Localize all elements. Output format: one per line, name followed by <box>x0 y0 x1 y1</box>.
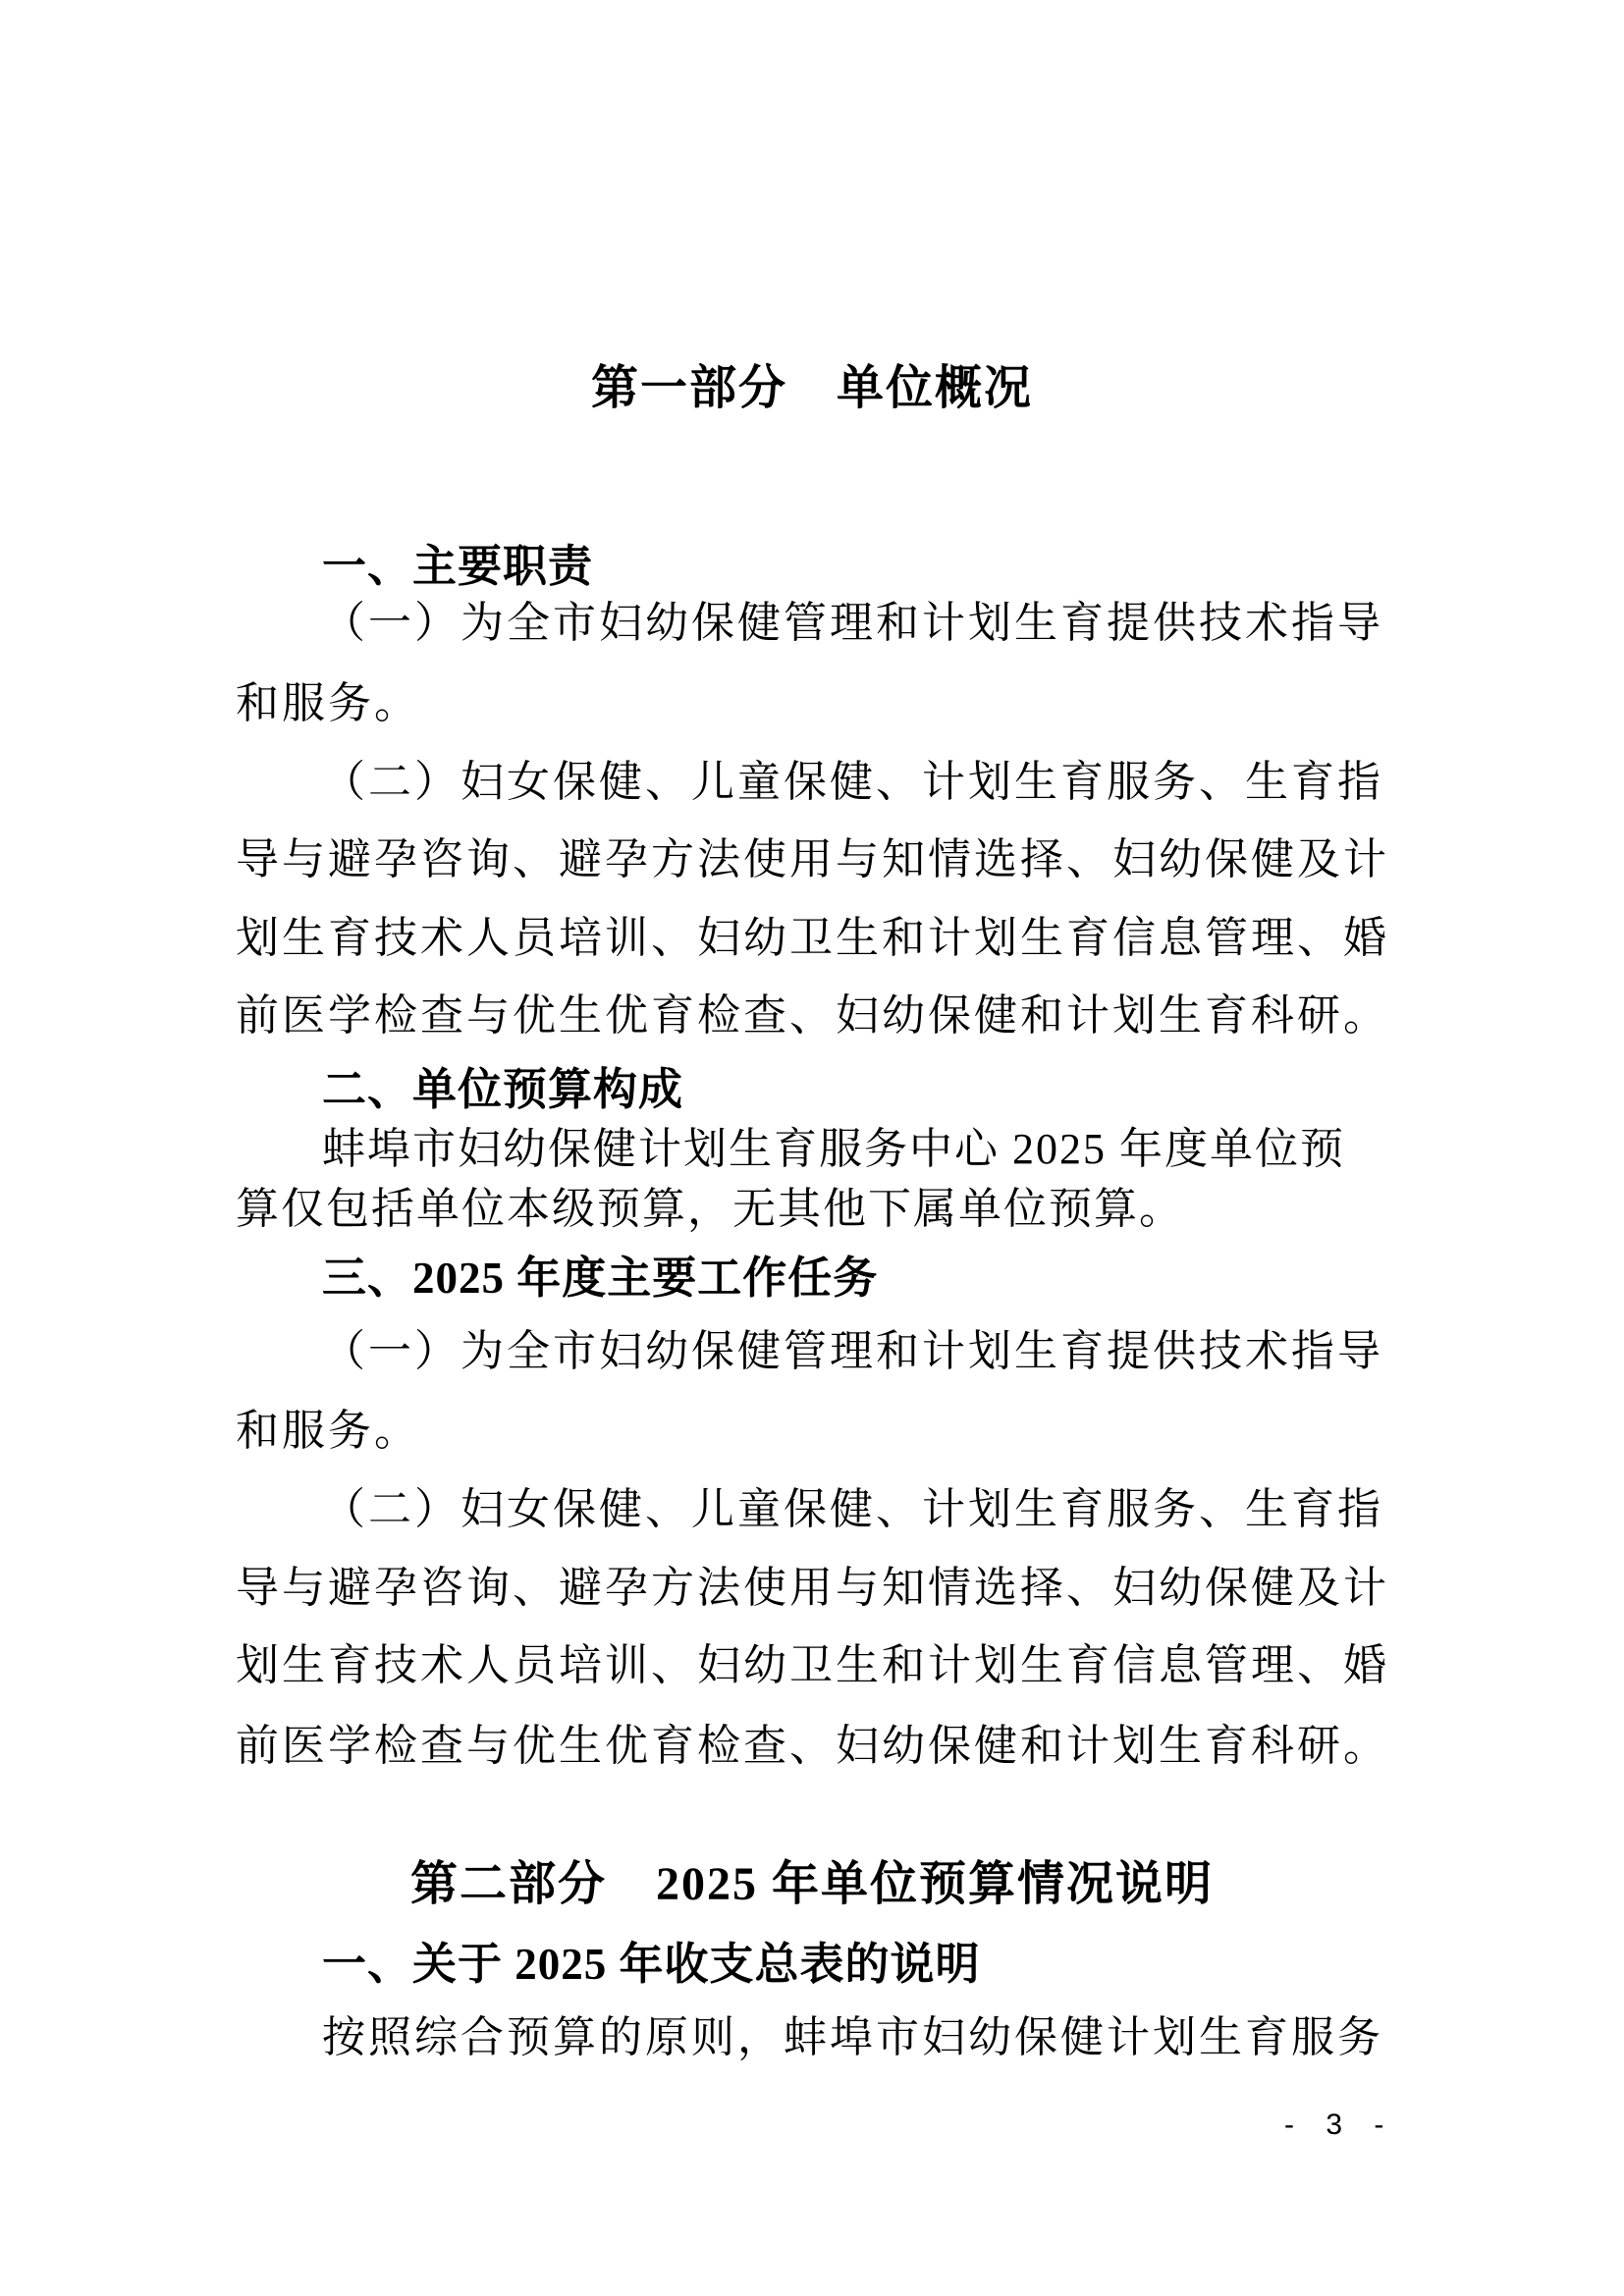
document-page: 第一部分 单位概况 一、主要职责 （一）为全市妇幼保健管理和计划生育提供技术指导… <box>0 0 1624 2296</box>
part2-title: 第二部分 2025 年单位预算情况说明 <box>0 1857 1624 1912</box>
paragraph-line: 划生育技术人员培训、妇幼卫生和计划生育信息管理、婚 <box>236 1638 1404 1693</box>
paragraph-line: 划生育技术人员培训、妇幼卫生和计划生育信息管理、婚 <box>236 911 1404 966</box>
paragraph-line: （二）妇女保健、儿童保健、计划生育服务、生育指 <box>236 755 1404 810</box>
paragraph-line: 和服务。 <box>236 676 1404 731</box>
paragraph-line: （一）为全市妇幼保健管理和计划生育提供技术指导 <box>236 596 1404 651</box>
paragraph-line: 蚌埠市妇幼保健计划生育服务中心 2025 年度单位预 <box>236 1122 1404 1177</box>
paragraph-line: 和服务。 <box>236 1404 1404 1459</box>
paragraph-line: 前医学检查与优生优育检查、妇幼保健和计划生育科研。 <box>236 988 1404 1043</box>
part1-heading-budget-composition: 二、单位预算构成 <box>236 1062 1404 1117</box>
paragraph-line: （二）妇女保健、儿童保健、计划生育服务、生育指 <box>236 1482 1404 1537</box>
page-number: - 3 - <box>1284 2109 1395 2142</box>
part1-heading-tasks: 三、2025 年度主要工作任务 <box>236 1251 1404 1306</box>
paragraph-line: （一）为全市妇幼保健管理和计划生育提供技术指导 <box>236 1324 1404 1379</box>
paragraph-line: 导与避孕咨询、避孕方法使用与知情选择、妇幼保健及计 <box>236 1561 1404 1616</box>
paragraph-line: 按照综合预算的原则，蚌埠市妇幼保健计划生育服务 <box>236 2010 1404 2065</box>
part2-heading-summary-table: 一、关于 2025 年收支总表的说明 <box>236 1937 1404 1992</box>
paragraph-line: 算仅包括单位本级预算，无其他下属单位预算。 <box>236 1182 1404 1237</box>
paragraph-line: 导与避孕咨询、避孕方法使用与知情选择、妇幼保健及计 <box>236 832 1404 887</box>
part1-title: 第一部分 单位概况 <box>0 361 1624 416</box>
paragraph-line: 前医学检查与优生优育检查、妇幼保健和计划生育科研。 <box>236 1719 1404 1774</box>
part1-heading-duties: 一、主要职责 <box>236 539 1404 594</box>
